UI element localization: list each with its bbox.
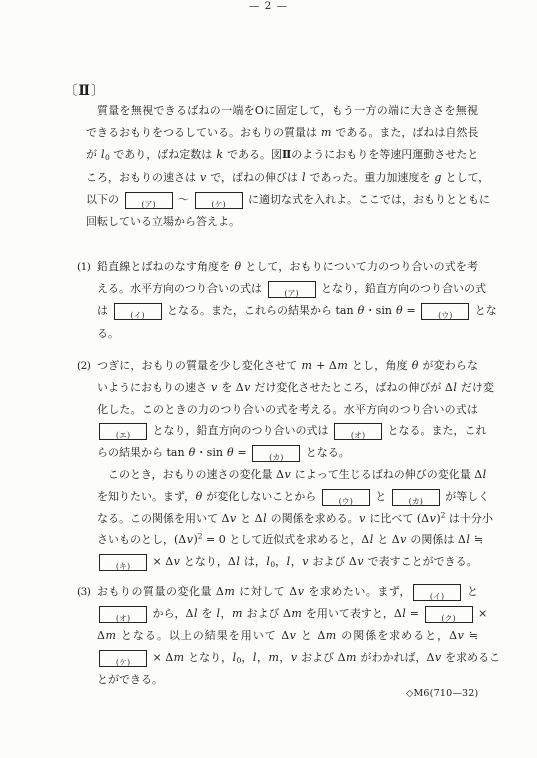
answer-box-label: (ケ)	[211, 198, 225, 212]
text-run: が変わらな	[419, 359, 478, 372]
answer-box-label: (オ)	[351, 429, 365, 443]
answer-box: (ケ)	[99, 650, 147, 667]
text-run: を求めるこ	[442, 651, 501, 664]
text-run: ころ，おもりの速さは	[86, 171, 200, 184]
problem-1-number: (1)	[77, 256, 90, 278]
text-line: できるおもりをつるしている。おもりの質量は m である。また，ばねは自然長	[86, 122, 478, 144]
answer-box-label: (ク)	[441, 612, 455, 626]
math-variable: m	[321, 126, 332, 139]
math-variable: m	[325, 629, 336, 642]
text-run: から，Δ	[149, 607, 193, 620]
math-variable: θ	[395, 304, 403, 317]
text-line: 回転している立場から答えよ。	[86, 211, 478, 233]
text-run: の関係は Δ	[407, 533, 466, 546]
text-run: を Δ	[218, 381, 244, 394]
answer-box-label: (ア)	[141, 198, 155, 212]
text-run: さいものとし，(Δ	[97, 533, 186, 546]
text-run: によって生じるばねの伸びの変化量 Δ	[291, 468, 482, 481]
text-line: おもりの質量の変化量 Δm に対して Δv を求めたい。まず，(イ) と	[97, 581, 478, 603]
answer-box: (イ)	[413, 584, 461, 601]
math-variable: m	[232, 607, 243, 620]
text-line: は (イ) となる。また，これらの結果から tan θ・sin θ = (ウ) …	[97, 300, 478, 322]
text-run: となる。	[302, 446, 350, 459]
text-run: が変化しないことから	[203, 490, 320, 503]
text-run: とができる。	[97, 673, 163, 686]
text-run: と Δ	[237, 512, 263, 525]
math-variable: θ	[188, 446, 196, 459]
math-variable: m	[346, 651, 357, 664]
problem-1: (1) 鉛直線とばねのなす角度を θ として，おもりについて力のつり合いの式を考…	[97, 256, 478, 345]
answer-box: (キ)	[99, 554, 147, 571]
intro-paragraph: 質量を無視できるばねの一端をOに固定して，もう一方の端に大きさを無視できるおもり…	[86, 100, 478, 233]
text-run: ≒	[464, 629, 478, 642]
answer-box: (ア)	[125, 192, 173, 209]
text-run: と Δ	[296, 629, 325, 642]
text-line: ころ，おもりの速さは v で，ばねの伸びは l であった。重力加速度を g とし…	[86, 167, 478, 189]
text-run: に適切な式を入れよ。ここでは，おもりとともに	[245, 193, 491, 206]
text-run: および Δ	[243, 607, 291, 620]
text-run: × Δ	[149, 555, 173, 568]
answer-box: (オ)	[334, 423, 382, 440]
text-run: に比べて (Δ	[366, 512, 429, 525]
answer-box: (カ)	[252, 445, 300, 462]
text-run: ，	[275, 555, 286, 568]
text-run: 鉛直線とばねのなす角度を	[97, 260, 234, 273]
answer-box: (ク)	[425, 606, 473, 623]
text-run: は	[97, 304, 112, 317]
math-variable: v	[211, 381, 218, 394]
text-run: =	[234, 446, 250, 459]
page-number: — 2 —	[0, 0, 537, 12]
math-variable: v	[302, 555, 309, 568]
text-run: 〕	[91, 83, 106, 99]
text-run: を用いて表すと，Δ	[302, 607, 401, 620]
math-variable: m	[105, 629, 116, 642]
text-run: である。また，ばねは自然長	[332, 126, 479, 139]
text-run: が等しく	[442, 490, 490, 503]
answer-box: (イ)	[114, 303, 162, 320]
text-run: は，	[240, 555, 266, 568]
text-line: らの結果から tan θ・sin θ = (カ) となる。	[97, 442, 478, 464]
text-line: (エ) となり，鉛直方向のつり合いの式は (オ) となる。また，これ	[97, 420, 478, 442]
answer-box-label: (イ)	[430, 590, 444, 604]
text-run: = 0 として近似式を求めると，Δ	[203, 533, 370, 546]
math-variable: v	[434, 651, 441, 664]
problem-1-body: 鉛直線とばねのなす角度を θ として，おもりについて力のつり合いの式を考える。水…	[97, 256, 478, 345]
text-run: と	[463, 585, 478, 598]
math-variable: θ	[234, 260, 242, 273]
problem-3: (3) おもりの質量の変化量 Δm に対して Δv を求めたい。まず，(イ) と…	[97, 581, 478, 691]
text-run: となり，鉛直方向のつり合いの式	[318, 282, 487, 295]
problem-2-body: つぎに，おもりの質量を少し変化させて m + Δm とし，角度 θ が変わらない…	[97, 355, 478, 573]
text-run: える。水平方向のつり合いの式は	[97, 282, 266, 295]
answer-box-label: (ア)	[284, 287, 298, 301]
text-run: ・sin	[196, 446, 227, 459]
answer-box-label: (ウ)	[339, 495, 353, 509]
math-variable: m	[291, 607, 302, 620]
text-run: つぎに，おもりの質量を少し変化させて	[97, 359, 301, 372]
math-variable: m	[224, 585, 235, 598]
text-run: となり，鉛直方向のつり合いの式は	[149, 424, 332, 437]
math-variable: v	[229, 512, 236, 525]
page: 〔Ⅱ〕 質量を無視できるばねの一端をOに固定して，もう一方の端に大きさを無視でき…	[0, 0, 537, 758]
bold-text: Ⅱ	[79, 83, 91, 99]
problem-3-number: (3)	[77, 581, 90, 603]
text-run: として，	[442, 171, 489, 184]
text-line: (オ) から，Δl を l，m および Δm を用いて表すと，Δl = (ク) …	[97, 603, 478, 625]
text-run: このとき，おもりの速さの変化量 Δ	[108, 468, 284, 481]
text-run: がわかれば，Δ	[357, 651, 434, 664]
math-variable: θ	[357, 304, 365, 317]
text-run: と	[372, 490, 390, 503]
text-run: と Δ	[374, 533, 400, 546]
math-variable: g	[434, 171, 442, 184]
text-run: となり，	[185, 651, 233, 664]
answer-box: (ケ)	[195, 192, 243, 209]
text-run: および Δ	[309, 555, 357, 568]
text-run: ～	[175, 193, 193, 206]
math-variable: v	[290, 651, 297, 664]
text-run: ，	[257, 651, 268, 664]
answer-box: (ア)	[268, 281, 316, 298]
math-variable: θ	[226, 446, 234, 459]
text-run: で，ばねの伸びは	[207, 171, 302, 184]
math-variable: v	[400, 533, 407, 546]
math-variable: m	[173, 651, 184, 664]
text-run: だけ変化させたところ，ばねの伸びが Δ	[251, 381, 453, 394]
text-run: ，	[241, 651, 252, 664]
text-run: =	[406, 607, 422, 620]
text-run: とし，角度	[348, 359, 411, 372]
text-line: Δm となる。以上の結果を用いて Δv と Δm の関係を求めると，Δv ≒	[97, 625, 478, 647]
text-line: さいものとし，(Δv)2 = 0 として近似式を求めると，Δl と Δv の関係…	[97, 529, 478, 551]
text-run: おもりの質量の変化量 Δ	[97, 585, 224, 598]
text-run: + Δ	[312, 359, 336, 372]
text-run: 回転している立場から答えよ。	[86, 215, 240, 228]
text-run: る。	[97, 327, 119, 340]
math-variable: l	[482, 468, 487, 481]
text-run: × Δ	[149, 651, 173, 664]
text-run: を知りたい。まず，	[97, 490, 195, 503]
text-run: 質量を無視できるばねの一端をOに固定して，もう一方の端に大きさを無視	[97, 104, 478, 117]
text-run: は十分小	[445, 512, 493, 525]
text-run: である。図	[223, 148, 282, 161]
text-run: に対して Δ	[235, 585, 297, 598]
text-run: を求めたい。まず，	[304, 585, 411, 598]
problem-2: (2) つぎに，おもりの質量を少し変化させて m + Δm とし，角度 θ が変…	[97, 355, 478, 573]
text-run: ・sin	[365, 304, 396, 317]
text-run: Δ	[97, 629, 105, 642]
text-line: このとき，おもりの速さの変化量 Δv によって生じるばねの伸びの変化量 Δl	[97, 464, 478, 486]
math-variable: v	[359, 512, 366, 525]
math-variable: θ	[411, 359, 419, 372]
text-run: が	[86, 148, 101, 161]
text-run: で表すことができる。	[364, 555, 478, 568]
text-run: なる。この関係を用いて Δ	[97, 512, 229, 525]
math-variable: v	[244, 381, 251, 394]
text-run: 化した。このときの力のつり合いの式を考える。水平方向のつり合いの式は	[97, 403, 478, 416]
text-run: いようにおもりの速さ	[97, 381, 211, 394]
answer-box: (ウ)	[322, 489, 370, 506]
math-variable: m	[337, 359, 348, 372]
text-run: であった。重力加速度を	[306, 171, 434, 184]
text-line: なる。この関係を用いて Δv と Δl の関係を求める。v に比べて (Δv)2…	[97, 508, 478, 530]
text-run: であり，ばね定数は	[110, 148, 216, 161]
answer-box-label: (ケ)	[116, 656, 130, 670]
answer-box-label: (カ)	[409, 495, 423, 509]
text-run: とな	[471, 304, 497, 317]
text-line: (キ) × Δv となり，Δl は，l0，l，v および Δv で表すことができ…	[97, 551, 478, 573]
text-line: 化した。このときの力のつり合いの式を考える。水平方向のつり合いの式は	[97, 399, 478, 421]
text-line: (ケ) × Δm となり，l0，l，m，v および Δm がわかれば，Δv を求…	[97, 647, 478, 669]
text-run: および Δ	[298, 651, 346, 664]
text-run: ，	[279, 651, 290, 664]
bold-text: Ⅱ	[282, 148, 291, 161]
section-label: 〔Ⅱ〕	[64, 79, 105, 99]
problem-2-number: (2)	[77, 355, 90, 377]
answer-box-label: (イ)	[130, 309, 144, 323]
text-run: となる。また，これ	[384, 424, 487, 437]
text-run: を	[198, 607, 216, 620]
text-run: 〔	[64, 83, 79, 99]
math-variable: v	[200, 171, 207, 184]
text-run: ≒	[470, 533, 483, 546]
math-variable: m	[301, 359, 312, 372]
text-run: の関係を求めると，Δ	[337, 629, 457, 642]
text-run: らの結果から tan	[97, 446, 188, 459]
text-line: 鉛直線とばねのなす角度を θ として，おもりについて力のつり合いの式を考	[97, 256, 478, 278]
text-run: 以下の	[86, 193, 123, 206]
answer-box-label: (ウ)	[438, 309, 452, 323]
text-line: える。水平方向のつり合いの式は (ア) となり，鉛直方向のつり合いの式	[97, 278, 478, 300]
doc-code: ◇M6(710—32)	[406, 688, 478, 699]
text-run: となる。また，これらの結果から tan	[164, 304, 358, 317]
text-run: のようにおもりを等速円運動させたと	[291, 148, 478, 161]
text-run: として，おもりについて力のつり合いの式を考	[242, 260, 478, 273]
text-run: となる。以上の結果を用いて Δ	[116, 629, 289, 642]
answer-box: (ウ)	[421, 303, 469, 320]
text-run: =	[403, 304, 419, 317]
text-run: ×	[475, 607, 488, 620]
answer-box: (カ)	[392, 489, 440, 506]
text-run: できるおもりをつるしている。おもりの質量は	[86, 126, 321, 139]
text-line: が l0 であり，ばね定数は k である。図Ⅱのようにおもりを等速円運動させたと	[86, 144, 478, 166]
math-variable: v	[357, 555, 364, 568]
answer-box-label: (キ)	[116, 560, 130, 574]
math-variable: θ	[195, 490, 203, 503]
text-run: だけ変	[457, 381, 494, 394]
text-run: の関係を求める。	[267, 512, 359, 525]
text-run: となり，Δ	[180, 555, 235, 568]
problem-3-body: おもりの質量の変化量 Δm に対して Δv を求めたい。まず，(イ) と(オ) …	[97, 581, 478, 691]
text-line: 以下の (ア) ～ (ケ) に適切な式を入れよ。ここでは，おもりとともに	[86, 189, 478, 211]
text-line: る。	[97, 323, 478, 345]
answer-box: (オ)	[99, 606, 147, 623]
text-line: つぎに，おもりの質量を少し変化させて m + Δm とし，角度 θ が変わらな	[97, 355, 478, 377]
answer-box-label: (オ)	[116, 612, 130, 626]
text-run: ，	[221, 607, 232, 620]
text-line: いようにおもりの速さ v を Δv だけ変化させたところ，ばねの伸びが Δl だ…	[97, 377, 478, 399]
text-run: ，	[291, 555, 302, 568]
text-line: 質量を無視できるばねの一端をOに固定して，もう一方の端に大きさを無視	[86, 100, 478, 122]
answer-box: (エ)	[99, 423, 147, 440]
text-line: を知りたい。まず，θ が変化しないことから (ウ) と (カ) が等しく	[97, 486, 478, 508]
math-variable: m	[268, 651, 279, 664]
